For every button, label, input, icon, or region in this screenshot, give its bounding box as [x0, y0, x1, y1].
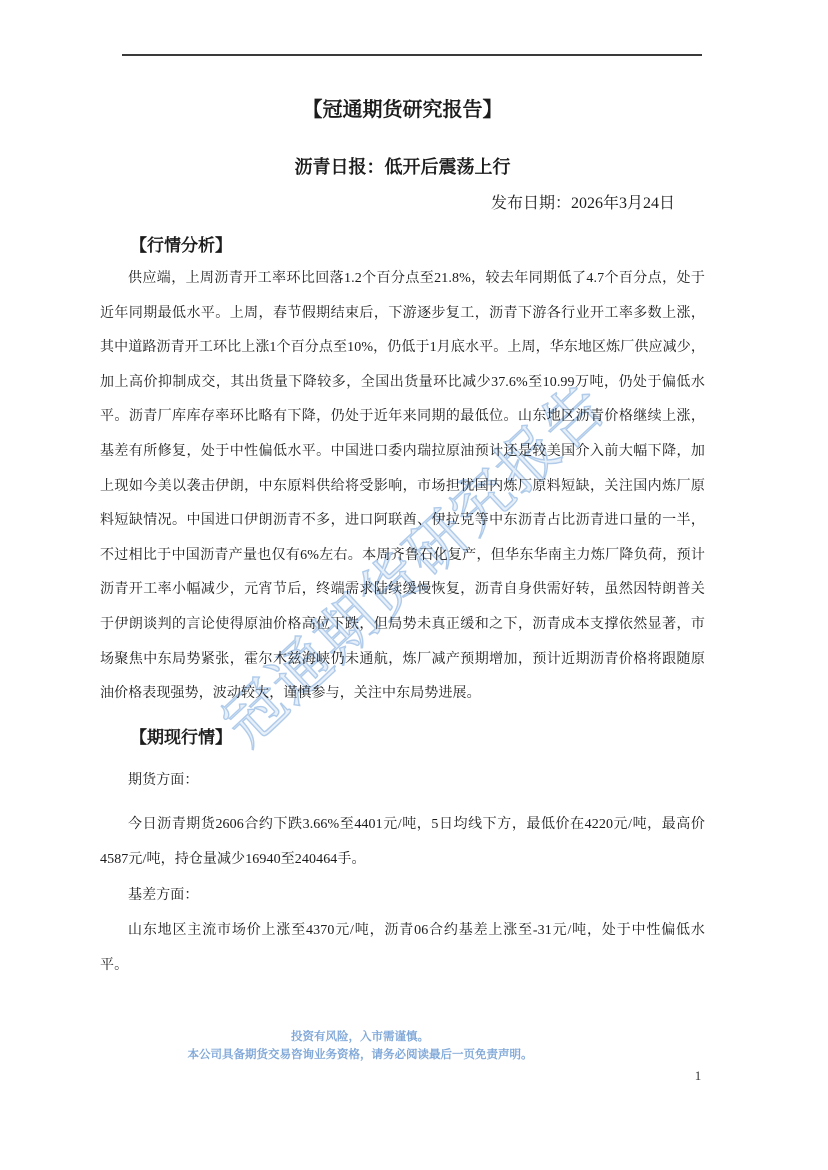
publish-date: 发布日期：2026年3月24日	[100, 192, 705, 216]
futures-aspect-paragraph: 今日沥青期货2606合约下跌3.66%至4401元/吨，5日均线下方，最低价在4…	[100, 808, 705, 877]
header-divider-line	[122, 54, 702, 56]
report-title: 沥青日报：低开后震荡上行	[100, 154, 705, 180]
footer-risk-warning: 投资有风险，入市需谨慎。	[100, 1028, 620, 1046]
footer-disclaimer: 本公司具备期货交易咨询业务资格，请务必阅读最后一页免责声明。	[100, 1046, 620, 1064]
basis-aspect-label: 基差方面：	[100, 879, 705, 914]
basis-aspect-paragraph: 山东地区主流市场价上涨至4370元/吨，沥青06合约基差上涨至-31元/吨，处于…	[100, 914, 705, 983]
page-footer: 投资有风险，入市需谨慎。 本公司具备期货交易咨询业务资格，请务必阅读最后一页免责…	[100, 1028, 620, 1064]
market-analysis-paragraph: 供应端，上周沥青开工率环比回落1.2个百分点至21.8%，较去年同期低了4.7个…	[100, 262, 705, 712]
report-series-title: 【冠通期货研究报告】	[100, 96, 705, 124]
section-heading-futures-spot: 【期现行情】	[100, 726, 705, 750]
section-heading-market-analysis: 【行情分析】	[100, 234, 705, 258]
report-page: 冠通期货研究报告 【冠通期货研究报告】 沥青日报：低开后震荡上行 发布日期：20…	[0, 0, 828, 1170]
futures-aspect-label: 期货方面：	[100, 764, 705, 799]
page-number: 1	[688, 1068, 708, 1084]
